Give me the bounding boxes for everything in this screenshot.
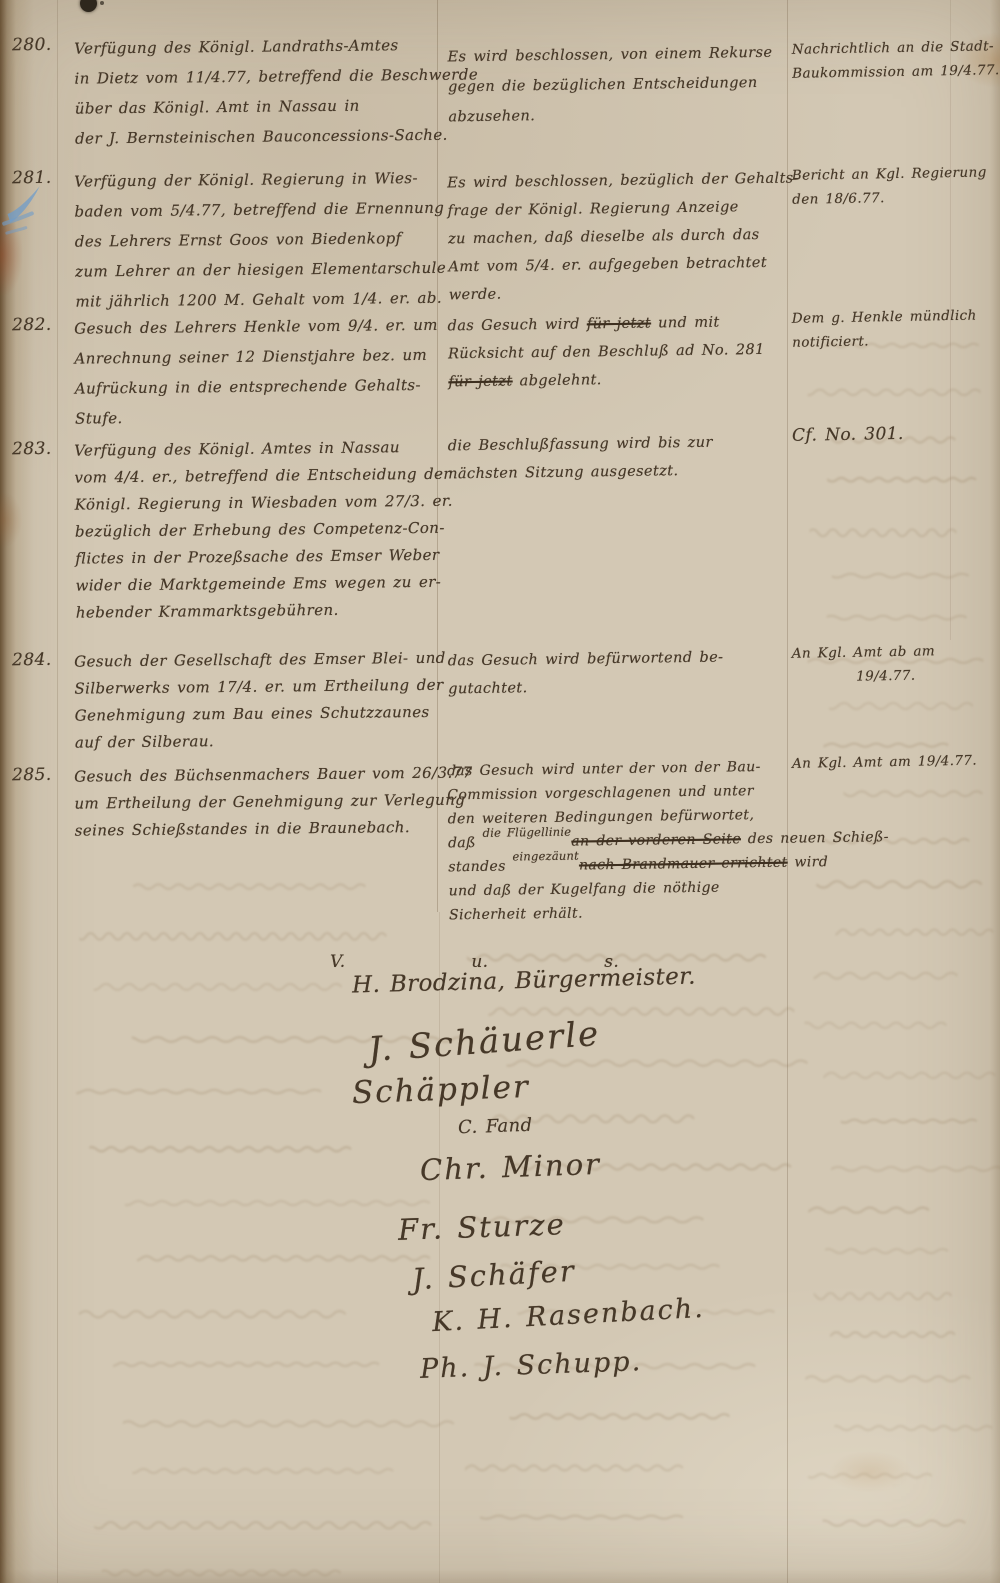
struck-text: für jetzt [448,373,512,390]
struck-text: für jetzt [587,316,651,333]
entry-number: 284. [12,650,52,670]
inserted-text: die Flügellinie [482,820,571,845]
entry-description: Verfügung der Königl. Regierung in Wies-… [74,163,447,317]
entry-description: Verfügung des Königl. Landraths-Amtes in… [74,29,479,153]
struck-text: an der vorderen Seite [571,831,741,849]
entry-280-margin-note: Nachrichtlich an die Stadt- Baukommissio… [792,34,998,86]
entry-description: Verfügung des Königl. Amtes in Nassau vo… [74,434,454,627]
entry-281-resolution: Es wird beschlossen, bezüglich der Gehal… [447,165,784,310]
signature: Fr. Sturze [397,1207,566,1247]
entry-284-margin-note: An Kgl. Amt ab am 19/4.77. [792,638,998,690]
entry-283-margin-note: Cf. No. 301. [792,422,997,446]
manuscript-page: 280. Verfügung des Königl. Landraths-Amt… [0,0,1000,1583]
entry-number: 283. [12,439,52,459]
entry-number: 280. [12,35,52,55]
inserted-text: eingezäunt [512,844,579,869]
signature: C. Fand [458,1115,533,1139]
entry-285-margin-note: An Kgl. Amt am 19/4.77. [792,748,1000,776]
entry-description: Gesuch der Gesellschaft des Emser Blei- … [74,645,447,757]
entry-number: 282. [12,315,52,335]
entry-number: 285. [12,765,52,785]
entry-285-resolution: das Gesuch wird unter der von der Bau- C… [447,755,789,928]
entry-282-resolution: das Gesuch wird für jetzt und mit Rücksi… [447,308,783,397]
entry-283-resolution: die Beschlußfassung wird bis zur nächste… [448,428,784,489]
blue-checkmark-icon [0,180,60,245]
signature: Schäppler [351,1069,530,1111]
entry-number: 281. [12,168,52,188]
struck-text: nach Brandmauer errichtet [579,855,788,874]
entry-description: Gesuch des Büchsenmachers Bauer vom 26/3… [74,759,473,844]
signature: Chr. Minor [419,1147,601,1187]
entry-description: Gesuch des Lehrers Henkle vom 9/4. er. u… [74,310,439,434]
entry-281-margin-note: Bericht an Kgl. Regierung den 18/6.77. [792,160,998,212]
entry-284-resolution: das Gesuch wird befürwortend be- gutacht… [448,643,784,704]
entry-280-resolution: Es wird beschlossen, von einem Rekurse g… [447,38,783,133]
entry-282-margin-note: Dem g. Henkle mündlich notificiert. [792,303,998,355]
